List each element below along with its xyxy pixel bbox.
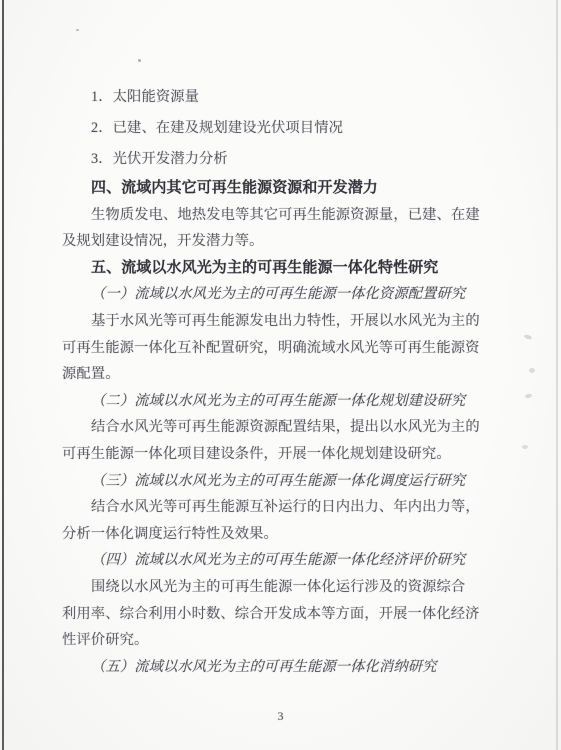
page-number: 3 [0,707,561,725]
sub-section-heading: （四）流域以水风光为主的可再生能源一体化经济评价研究 [62,547,486,574]
paragraph-line: 分析一体化调度运行特性及效果。 [62,521,486,548]
paragraph-line: 结合水风光等可再生能源资源配置结果，提出以水风光为主的 [62,414,486,441]
paragraph-line: 结合水风光等可再生能源互补运行的日内出力、年内出力等， [62,494,486,521]
scanned-document-page: 1．太阳能资源量 2．已建、在建及规划建设光伏项目情况 3．光伏开发潜力分析 四… [0,0,561,750]
paragraph-line: 围绕以水风光为主的可再生能源一体化运行涉及的资源综合 [62,574,486,601]
paragraph-line: 基于水风光等可再生能源发电出力特性，开展以水风光为主的 [62,308,486,335]
paragraph-line: 利用率、综合利用小时数、综合开发成本等方面，开展一体化经济 [62,601,486,628]
scan-speckle [138,59,141,62]
scan-edge-right-line [556,0,558,750]
paragraph-line: 可再生能源一体化项目建设条件，开展一体化规划建设研究。 [62,441,486,468]
numbered-item: 3．光伏开发潜力分析 [62,144,486,175]
document-body: 1．太阳能资源量 2．已建、在建及规划建设光伏项目情况 3．光伏开发潜力分析 四… [62,82,486,680]
section-heading: 四、流域内其它可再生能源资源和开发潜力 [62,175,486,202]
sub-section-heading: （一）流域以水风光为主的可再生能源一体化资源配置研究 [62,281,486,308]
scan-speckle [522,445,528,449]
sub-section-heading: （五）流域以水风光为主的可再生能源一体化消纳研究 [62,654,486,681]
sub-section-heading: （三）流域以水风光为主的可再生能源一体化调度运行研究 [62,468,486,495]
scan-speckle [524,334,533,340]
paragraph-line: 及规划建设情况，开发潜力等。 [62,228,486,255]
paragraph-line: 生物质发电、地热发电等其它可再生能源资源量，已建、在建 [62,202,486,229]
paragraph-line: 性评价研究。 [62,627,486,654]
numbered-item: 2．已建、在建及规划建设光伏项目情况 [62,113,486,144]
scan-speckle [76,29,79,31]
numbered-item: 1．太阳能资源量 [62,82,486,113]
section-heading: 五、流域以水风光为主的可再生能源一体化特性研究 [62,255,486,282]
sub-section-heading: （二）流域以水风光为主的可再生能源一体化规划建设研究 [62,388,486,415]
scan-edge-left-line [2,0,4,750]
paragraph-line: 源配置。 [62,361,486,388]
scan-speckle [525,393,533,398]
scan-speckle [529,368,535,373]
paragraph-line: 可再生能源一体化互补配置研究，明确流域水风光等可再生能源资 [62,335,486,362]
